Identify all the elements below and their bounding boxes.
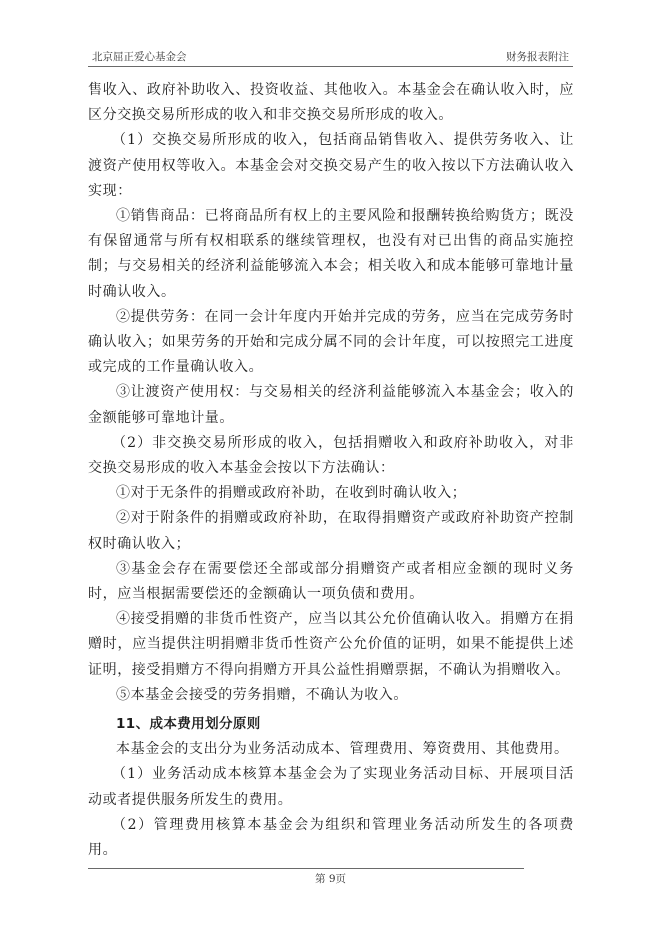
page-number: 第 9页 xyxy=(0,871,661,886)
page-header: 北京屈正爱心基金会 财务报表附注 xyxy=(88,46,573,67)
paragraph: ②对于附条件的捐赠或政府补助，在取得捐赠资产或政府补助资产控制权时确认收入； xyxy=(88,506,574,556)
paragraph: （1）交换交易所形成的收入，包括商品销售收入、提供劳务收入、让渡资产使用权等收入… xyxy=(88,128,574,204)
paragraph: ①对于无条件的捐赠或政府补助，在收到时确认收入； xyxy=(88,481,574,506)
document-page: 北京屈正爱心基金会 财务报表附注 售收入、政府补助收入、投资收益、其他收入。本基… xyxy=(0,0,661,935)
paragraph: ①销售商品：已将商品所有权上的主要风险和报酬转换给购货方；既没有保留通常与所有权… xyxy=(88,204,574,305)
paragraph: ⑤本基金会接受的劳务捐赠，不确认为收入。 xyxy=(88,683,574,708)
paragraph: ④接受捐赠的非货币性资产，应当以其公允价值确认收入。捐赠方在捐赠时，应当提供注明… xyxy=(88,607,574,683)
paragraph: ③基金会存在需要偿还全部或部分捐赠资产或者相应金额的现时义务时，应当根据需要偿还… xyxy=(88,557,574,607)
paragraph: 售收入、政府补助收入、投资收益、其他收入。本基金会在确认收入时，应区分交换交易所… xyxy=(88,78,574,128)
paragraph: （1）业务活动成本核算本基金会为了实现业务活动目标、开展项目活动或者提供服务所发… xyxy=(88,762,574,812)
paragraph: （2）管理费用核算本基金会为组织和管理业务活动所发生的各项费用。 xyxy=(88,813,574,863)
section-heading: 11、成本费用划分原则 xyxy=(88,712,574,737)
paragraph: （2）非交换交易所形成的收入，包括捐赠收入和政府补助收入，对非交换交易形成的收入… xyxy=(88,431,574,481)
paragraph: ③让渡资产使用权：与交易相关的经济利益能够流入本基金会；收入的金额能够可靠地计量… xyxy=(88,380,574,430)
document-body: 售收入、政府补助收入、投资收益、其他收入。本基金会在确认收入时，应区分交换交易所… xyxy=(88,78,574,863)
paragraph: 本基金会的支出分为业务活动成本、管理费用、筹资费用、其他费用。 xyxy=(88,737,574,762)
header-doc-type: 财务报表附注 xyxy=(506,49,569,64)
footer-rule xyxy=(88,868,524,869)
paragraph: ②提供劳务：在同一会计年度内开始并完成的劳务，应当在完成劳务时确认收入；如果劳务… xyxy=(88,305,574,381)
header-org-name: 北京屈正爱心基金会 xyxy=(92,49,187,64)
